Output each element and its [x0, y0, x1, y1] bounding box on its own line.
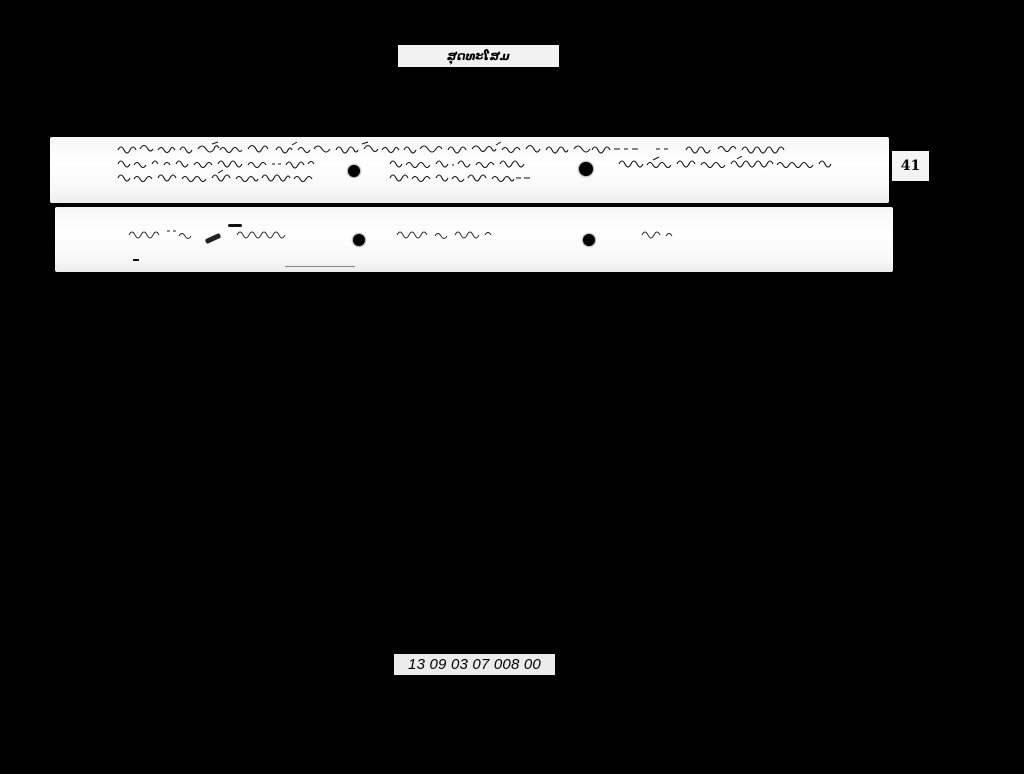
handwritten-script-icon: [127, 227, 207, 241]
palm-leaf-top: [50, 137, 889, 203]
handwritten-script-icon: [116, 141, 596, 155]
handwritten-script-icon: [388, 170, 548, 184]
binding-hole: [579, 162, 593, 176]
handwritten-script-icon: [395, 227, 505, 241]
script-line: [116, 141, 596, 153]
folio-number-text: 41: [901, 158, 920, 174]
binding-hole: [348, 165, 360, 177]
script-line: [116, 170, 336, 182]
document-id-text: 13 09 03 07 008 00: [408, 656, 541, 673]
handwritten-script-icon: [388, 156, 548, 170]
binding-hole: [353, 234, 365, 246]
ink-mark: [205, 233, 222, 244]
handwritten-script-icon: [116, 170, 336, 184]
manuscript-title-label: ສຸດທະໂສມ: [398, 45, 559, 67]
script-line: [388, 170, 548, 182]
script-line: [235, 227, 305, 239]
handwritten-script-icon: [116, 156, 336, 170]
script-line: [640, 227, 690, 239]
manuscript-title-text: ສຸດທະໂສມ: [447, 49, 510, 63]
folio-number-label: 41: [892, 151, 929, 181]
script-line: [395, 227, 505, 239]
manuscript-scan-page: ສຸດທະໂສມ: [0, 0, 1024, 774]
handwritten-script-icon: [235, 227, 305, 241]
script-line: [590, 141, 890, 153]
smudge-mark: [285, 266, 355, 267]
palm-leaf-bottom: [55, 207, 893, 272]
script-line: [617, 156, 837, 168]
handwritten-script-icon: [640, 227, 690, 241]
handwritten-script-icon: [590, 141, 890, 155]
script-line: [127, 227, 207, 239]
document-id-label: 13 09 03 07 008 00: [394, 654, 555, 675]
binding-hole: [583, 234, 595, 246]
handwritten-script-icon: [617, 156, 837, 170]
smudge-mark: [133, 259, 139, 261]
script-line: [116, 156, 336, 168]
script-line: [388, 156, 548, 168]
